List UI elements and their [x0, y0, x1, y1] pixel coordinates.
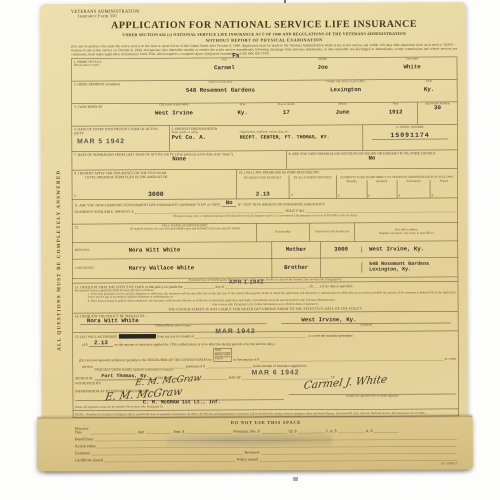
form-header: VETERANS ADMINISTRATION Insurance Form 3…	[71, 7, 457, 56]
q10-allotment-currency: $	[291, 194, 293, 197]
q15a-label-1: 15. (A) I WILL AUTHORIZE	[75, 335, 117, 339]
signed-date-stamp: MAR 6 1942	[252, 368, 300, 376]
q15b-label-3: to cover	[445, 357, 456, 361]
effective-blank	[91, 429, 136, 434]
row-beneficiaries: 12. FULL NAME OF BENEFICIARY (If married…	[72, 222, 457, 283]
q2-label: 2. HOME ADDRESS: (Number)	[74, 82, 149, 86]
signed-at-label: SIGNED AT	[75, 376, 93, 380]
premium-mo-blank	[262, 428, 287, 433]
q15b-premium-blank	[206, 363, 251, 368]
row-separation-disabled: 7. DATE OF SEPARATION FROM LAST TOUR OF …	[72, 149, 457, 169]
form-table: 1. NAME IN FULL (Please print or type) F…	[71, 56, 459, 417]
fraud-note-text: NOTE.—Penalties for fraud in securing fo…	[73, 411, 458, 417]
q1-middle-value: Joe	[318, 65, 328, 71]
q1-sublabel: (Please print or type)	[74, 63, 169, 67]
q5-org-value: RECPT. CENTER, FT. THOMAS, KY.	[240, 135, 361, 141]
q10-direct-col-annual: Annual	[439, 180, 448, 183]
q2-city-header: County, city, town, or post office	[326, 80, 365, 83]
row-born-at: 3. I WAS BORN AT City, town, or post off…	[72, 101, 457, 125]
q6-label: 6. SERIAL NUMBER	[365, 125, 455, 129]
q3-label: 3. I WAS BORN AT	[74, 104, 122, 108]
signed-day-of-label: DAY OF	[229, 376, 242, 380]
q6-serial-value: 15091174	[372, 132, 448, 140]
q9-currency: $	[74, 195, 76, 198]
form-title: APPLICATION FOR NATIONAL SERVICE LIFE IN…	[71, 18, 457, 31]
row-apply-premiums: 9. I HEREBY APPLY FOR INSURANCE ON THE F…	[72, 168, 457, 199]
redaction-mark	[119, 334, 156, 339]
photo-background: ALL QUESTIONS MUST BE COMPLETELY ANSWERE…	[0, 0, 500, 500]
q12-number: 12.	[72, 224, 113, 242]
q3-year-header: Year	[393, 102, 399, 105]
q12-relationship-header: Relationship	[275, 231, 290, 234]
q15b-check-option: Check	[215, 357, 231, 361]
q10-deduction-header: BY DEDUCTION MONTHLY	[244, 176, 282, 179]
q1-first-header: First	[222, 58, 228, 61]
q13-date-stamp: APR 1 1942	[229, 279, 264, 285]
sa-blank	[339, 428, 364, 433]
q4-date-stamp: MAR 5 1942	[77, 137, 167, 145]
effective-label-2: Date	[75, 430, 89, 434]
q10-allotment-header: BY ALLOTMENT MONTHLY	[294, 176, 332, 179]
q8-value: No	[289, 155, 456, 162]
q15b-money-order-option: Money order	[215, 353, 231, 357]
q2-street-header: Street or rural route	[209, 80, 233, 83]
sa-label: S. A. $	[326, 429, 337, 434]
amt-label: Amt. $	[173, 429, 184, 434]
q3-state-header: State	[240, 103, 246, 106]
qr-label: Qr. $	[289, 429, 297, 434]
beneficiary-blank	[96, 435, 457, 442]
q15b-label-2: in the amount of $	[233, 357, 259, 361]
q12-principal-amount: 3000	[320, 241, 362, 257]
q1-first-value: Carmel	[214, 65, 235, 71]
q2-state-header: State	[426, 80, 432, 83]
q12-principal-address: West Irvine, Ky.	[362, 246, 458, 252]
reviewer-blank	[262, 449, 457, 455]
action-taken-blank	[97, 442, 456, 449]
q13-tail-2: If no date is specified	[322, 284, 352, 288]
examiner-label: Examiner	[75, 451, 91, 456]
examiner-blank	[93, 449, 243, 455]
q3-year-value: 1912	[389, 110, 403, 116]
q3-state-value: Ky.	[237, 110, 247, 116]
a-blank	[374, 428, 398, 433]
row-govt-insurance: 11. ARE YOU NOW CARRYING GOVERNMENT LIFE…	[72, 197, 457, 223]
q15a-month-stamp: MAR 1942	[215, 327, 255, 335]
qr-blank	[299, 428, 324, 433]
q1-middle-header: Middle	[318, 58, 327, 61]
q3-month-header: Month	[338, 102, 346, 105]
q12-principal-relationship: Mother	[272, 242, 321, 258]
q12-contingent-address-2: Lexington, Ky.	[369, 267, 458, 273]
action-taken-label: Action taken	[75, 444, 96, 449]
q9-label-2: LEVEL PREMIUM TERM PLAN IN THE AMOUNT OF	[74, 174, 234, 179]
q11-label-2: IF “YES” GIVE AMOUNT OF INSURANCE AND PO…	[238, 202, 325, 206]
age-blank	[146, 429, 171, 434]
q13-day-blank	[184, 284, 214, 289]
certificate-blank	[105, 456, 235, 462]
q5-rank-value: Pvt Co. A.	[172, 135, 236, 141]
row-mail-policy: 14. I REQUEST THE POLICY BE MAILED TO— N…	[73, 311, 458, 332]
q11-policy-blank	[306, 207, 455, 213]
policy-blank	[260, 456, 457, 462]
q3-age-value: 30	[434, 105, 441, 111]
certificate-issued-label: Certificate issued	[75, 458, 103, 463]
print-code: 16—23413-1	[75, 462, 457, 467]
q10-direct-col-semiannual: Semiannual	[407, 180, 421, 183]
q15b-amount-blank	[261, 356, 444, 362]
row-premium-payment: 15. (A) I WILL AUTHORIZE from my pay for…	[73, 331, 458, 411]
q2-state-value: Ky.	[424, 87, 434, 93]
document-paper: ALL QUESTIONS MUST BE COMPLETELY ANSWERE…	[40, 2, 468, 472]
q4-label: 4. DATE OF ENTRY INTO PRESENT TOUR OF AC…	[74, 127, 167, 135]
q1-last-header: Last name	[406, 57, 418, 60]
q13-day-of: day of	[215, 285, 224, 289]
office-use-block: DO NOT USE THIS SPACE Effective Date Age…	[73, 419, 459, 467]
q15b-label-1: (B) I enclose herewith remittance payabl…	[75, 358, 212, 363]
q11-note: (No person may carry a combined amount o…	[74, 214, 455, 219]
q12-name-subheader: (If married woman, her own first and mid…	[130, 227, 240, 231]
beneficiary-label: Beneficiary	[75, 437, 94, 442]
row-entry-org-serial: 4. DATE OF ENTRY INTO PRESENT TOUR OF AC…	[72, 124, 457, 151]
q15a-label-3: , to cover the monthly premiums	[307, 334, 353, 338]
applicant-sign-here-note: (Applicant sign here) Do not print signa…	[289, 394, 457, 398]
q3-day-value: 17	[283, 110, 290, 116]
q15a-amount-value: 2.13	[89, 340, 113, 347]
premium-label: Premium: Mo. $	[233, 429, 259, 434]
q1-last-value: White	[403, 64, 420, 70]
q2-street-value: 548 Rosemont Gardens	[186, 88, 255, 94]
q15b-label-5: premium of $	[186, 364, 205, 368]
q7-value: None	[74, 156, 284, 163]
row-home-address: 2. HOME ADDRESS: (Number) Street or rura…	[72, 79, 457, 103]
q12-contingent-relationship: Brother	[272, 258, 321, 277]
policy-issued-label: Policy issued	[237, 457, 258, 462]
q12-contingent-name: Harry Wallace White	[114, 265, 272, 272]
form-content: VETERANS ADMINISTRATION Insurance Form 3…	[40, 2, 468, 472]
row-effective-date: 13. I REQUEST THAT THE EFFECTIVE DATE of…	[73, 281, 458, 313]
q15b-remittance-box: Draft Money order Check	[213, 348, 232, 361]
row-fraud-note: NOTE.—Penalties for fraud in securing fo…	[73, 409, 458, 417]
q12-contingent-label: CONTINGENT	[73, 266, 114, 271]
q11-label-3: NUMBER IF AVAILABLE. AMOUNT, $	[74, 209, 133, 213]
q14-address-sub: (Address)	[281, 323, 451, 327]
age-label: Age	[138, 429, 145, 434]
q12-address-subheader: (Number and street, city, town, or post …	[379, 232, 434, 236]
q3-place-value: West Irvine	[155, 110, 193, 116]
a-label: A. $	[366, 428, 373, 433]
q9-amount-value: 3000	[148, 191, 164, 198]
ink-dot-mark	[293, 477, 298, 481]
signature-block: WITNESSED BY: E. M. McGraw INFORMATION A…	[75, 380, 456, 410]
q13-tail: , 19……)	[307, 284, 320, 288]
q3-month-value: June	[336, 110, 350, 116]
q10-deduction-value: 2.13	[256, 191, 270, 197]
q15a-label-5: on the amount of insurance applied for. …	[114, 342, 274, 347]
q3-day-header: Day of month	[278, 103, 295, 106]
q11-label-1: 11. ARE YOU NOW CARRYING GOVERNMENT LIFE…	[74, 203, 220, 208]
q15a-label-4: of $	[75, 343, 88, 347]
row-name: 1. NAME IN FULL (Please print or type) F…	[72, 57, 457, 81]
q12-contingent-amount	[320, 258, 362, 277]
q12-principal-label: PRINCIPAL	[73, 248, 114, 253]
q11-answer-value: No	[222, 200, 237, 207]
q11-policy-label: POLICY NO.	[285, 209, 304, 213]
q5-org-header: Organization, regiment, station, ship, e…	[240, 130, 361, 134]
q10-direct-col-monthly: Monthly	[346, 180, 356, 183]
instructions-fine-print: (For use by persons who enter the active…	[71, 43, 457, 56]
q12-amount-header: Amount for each beneficiary	[315, 230, 350, 233]
q3-place-header: City, town, or post office	[159, 103, 189, 106]
q11-amount-blank	[135, 208, 284, 214]
q10-direct-col-quarterly: Quarterly	[376, 180, 388, 183]
q12-principal-name: Nora Witt White	[114, 247, 272, 254]
amt-blank	[186, 428, 231, 433]
q15b-label-4: the first	[75, 365, 93, 369]
q15a-label-2: from my pay for month of	[157, 334, 194, 338]
reviewer-label: Reviewer	[245, 450, 260, 455]
q2-city-value: Lexington	[330, 87, 361, 93]
